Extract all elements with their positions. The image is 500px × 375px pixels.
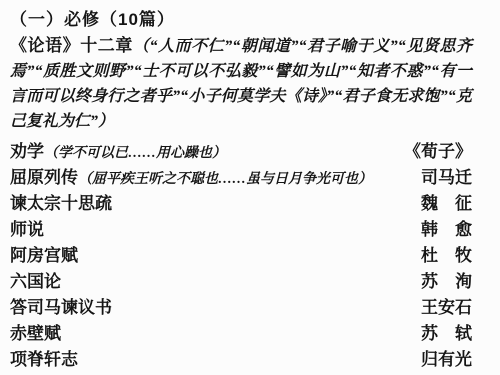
reading-author: 苏 洵	[421, 269, 472, 295]
lunyu-title: 《论语》十二章	[10, 36, 133, 55]
document-page: （一）必修（10篇） 《论语》十二章（“人而不仁”“朝闻道”“君子喻于义”“见贤…	[0, 0, 500, 375]
reading-title: 答司马谏议书	[10, 298, 112, 317]
table-row: 阿房宫赋 杜 牧	[10, 243, 472, 269]
table-row: 赤壁赋 苏 轼	[10, 321, 472, 347]
reading-title: 师说	[10, 220, 44, 239]
table-row: 师说 韩 愈	[10, 217, 472, 243]
reading-author: 王安石	[421, 295, 472, 321]
reading-list: 劝学（学不可以已……用心躁也） 《荀子》 屈原列传（屈平疾王听之不聪也……虽与日…	[10, 139, 472, 373]
reading-cell: 屈原列传（屈平疾王听之不聪也……虽与日月争光可也）	[10, 165, 372, 193]
reading-author: 杜 牧	[421, 243, 472, 269]
reading-title: 赤壁赋	[10, 324, 61, 343]
lunyu-paragraph: 《论语》十二章（“人而不仁”“朝闻道”“君子喻于义”“见贤思齐焉”“质胜文则野”…	[10, 34, 472, 134]
reading-author: 魏 征	[421, 191, 472, 217]
reading-cell: 师说	[10, 217, 44, 245]
reading-cell: 阿房宫赋	[10, 243, 78, 271]
reading-title: 谏太宗十思疏	[10, 194, 112, 213]
reading-author: 归有光	[421, 347, 472, 373]
reading-author: 韩 愈	[421, 217, 472, 243]
reading-author: 苏 轼	[421, 321, 472, 347]
reading-note: （学不可以已……用心躁也）	[44, 146, 226, 161]
reading-title: 劝学	[10, 142, 44, 161]
reading-cell: 谏太宗十思疏	[10, 191, 112, 219]
table-row: 劝学（学不可以已……用心躁也） 《荀子》	[10, 139, 472, 165]
reading-title: 屈原列传	[10, 168, 78, 187]
reading-title: 阿房宫赋	[10, 246, 78, 265]
section-heading: （一）必修（10篇）	[10, 8, 472, 32]
reading-cell: 答司马谏议书	[10, 295, 112, 323]
reading-note: （屈平疾王听之不聪也……虽与日月争光可也）	[78, 172, 372, 187]
reading-cell: 项脊轩志	[10, 347, 78, 375]
table-row: 屈原列传（屈平疾王听之不聪也……虽与日月争光可也） 司马迁	[10, 165, 472, 191]
reading-title: 六国论	[10, 272, 61, 291]
table-row: 谏太宗十思疏 魏 征	[10, 191, 472, 217]
reading-cell: 六国论	[10, 269, 61, 297]
reading-cell: 赤壁赋	[10, 321, 61, 349]
table-row: 答司马谏议书 王安石	[10, 295, 472, 321]
table-row: 六国论 苏 洵	[10, 269, 472, 295]
reading-author: 《荀子》	[404, 139, 472, 165]
table-row: 项脊轩志 归有光	[10, 347, 472, 373]
reading-cell: 劝学（学不可以已……用心躁也）	[10, 139, 226, 167]
reading-author: 司马迁	[421, 165, 472, 191]
reading-title: 项脊轩志	[10, 350, 78, 369]
